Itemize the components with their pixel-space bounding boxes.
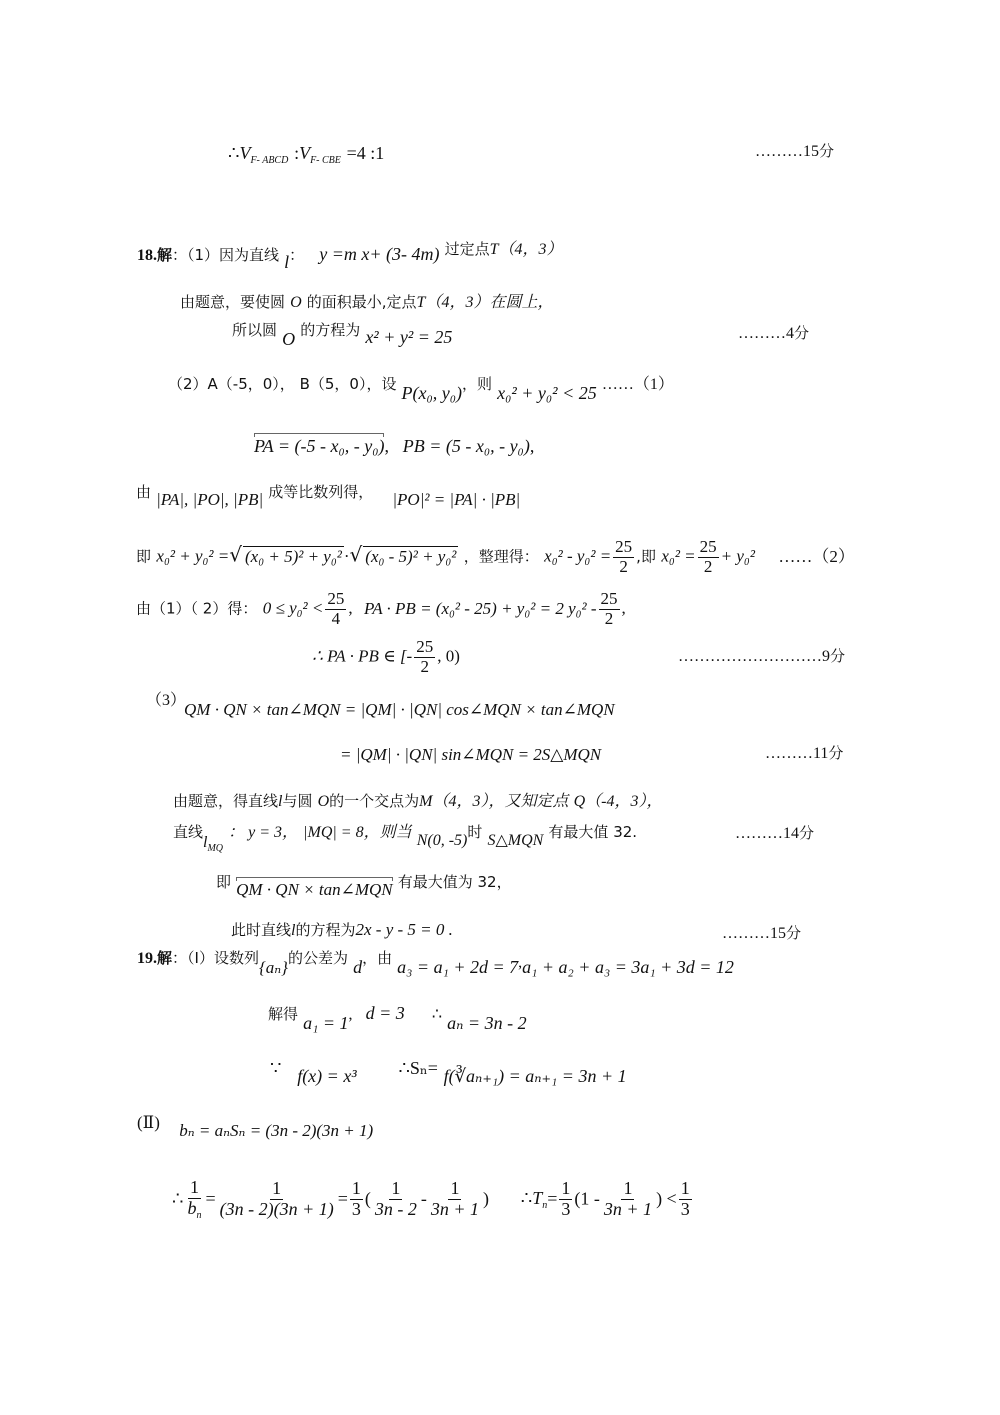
math-expr: d = 3 xyxy=(366,1003,405,1023)
q18-part2-sqrt-line: 即 x₀² + y₀² =√(x₀ + 5)² + y₀²·√(x₀ - 5)²… xyxy=(136,538,855,576)
score-value: ………11 xyxy=(765,745,828,762)
q18-part2-answer: ∴ PA · PB ∈ [-252, 0) xyxy=(312,638,460,676)
score-value: ………4 xyxy=(738,325,794,342)
math-expr: bₙ = aₙSₙ = (3n - 2)(3n + 1) xyxy=(179,1121,373,1140)
point-m: M（4，3），又知定点 xyxy=(419,793,568,810)
score-unit: 分 xyxy=(786,924,801,942)
q18-part3-max-line: 即 QM · QN × tan∠MQN 有最大值为 32， xyxy=(216,872,512,900)
q19-part1-solve: 解得 a₁ = 1, d = 3 ∴ aₙ = 3n - 2 xyxy=(268,1003,527,1035)
line-equation: y =m x+ (3- 4m) xyxy=(319,244,439,264)
math-expr: = |QM| · |QN| sin∠MQN = 2S△MQN xyxy=(340,745,601,764)
text: 有最大值为 32， xyxy=(398,873,512,891)
part-label: (Ⅱ) xyxy=(137,1113,160,1132)
score-unit: 分 xyxy=(799,824,814,842)
score-marker: ………14分 xyxy=(735,822,814,843)
text: 的一个交点为 xyxy=(329,792,419,810)
q19-part1-line1: 19.解：（Ⅰ）设数列{aₙ}的公差为 d，由 a₃ = a₁ + 2d = 7… xyxy=(137,948,734,979)
math-expr: ∴Sₙ= xyxy=(398,1058,437,1078)
volume-symbol: V xyxy=(239,143,250,163)
text: 由题意，要使圆 xyxy=(180,293,285,311)
question-number: 18. xyxy=(137,247,157,264)
subscript: F- CBE xyxy=(310,155,341,166)
fraction-num: 25 xyxy=(599,590,620,610)
point-n: N(0, -5) xyxy=(417,832,468,849)
therefore-symbol: ∴ xyxy=(228,143,239,163)
q18-part2-geometric: 由 |PA|, |PO|, |PB| 成等比数列得， |PO|² = |PA| … xyxy=(136,482,520,510)
equation-tag: ……（2） xyxy=(778,547,855,566)
text: ：（1）因为直线 xyxy=(172,246,279,264)
text: T（4，3）在圆上， xyxy=(417,294,554,311)
score-marker: ………11分 xyxy=(765,742,843,763)
part-label: （3） xyxy=(146,692,186,709)
q18-part2-range-line: 由（1）（ 2）得： 0 ≤ y₀² <254, PA · PB = (x₀² … xyxy=(136,590,626,628)
distance: |MQ| = 8，则当 xyxy=(303,824,411,841)
fraction-den: 2 xyxy=(702,558,715,577)
circle-name: O xyxy=(282,329,295,349)
math-expr: + y₀² xyxy=(721,547,755,566)
math-expr: a₁ + a₂ + a₃ = 3a₁ + 3d = 12 xyxy=(522,957,734,977)
fraction-num: 25 xyxy=(325,590,346,610)
math-expr: x₀² + y₀² = xyxy=(156,547,229,566)
vector-pa: PA = (-5 - x₀, - y₀) xyxy=(254,436,384,458)
sequence: {aₙ} xyxy=(259,958,288,977)
math-var: d xyxy=(353,957,362,977)
point-t: T（4，3） xyxy=(490,241,563,258)
text: ：（Ⅰ）设数列 xyxy=(172,949,259,967)
math-expr: x₀² = xyxy=(661,547,695,566)
q19-part2-label-line: (Ⅱ) bₙ = aₙSₙ = (3n - 2)(3n + 1) xyxy=(137,1113,373,1141)
circle-equation: x² + y² = 25 xyxy=(365,327,452,347)
q18-part1-line1: 18.解：（1）因为直线 l： y =m x+ (3- 4m) 过定点T（4，3… xyxy=(137,240,563,274)
math-expr: aₙ = 3n - 2 xyxy=(447,1013,526,1033)
vector-pb: PB = (5 - x₀, - y₀) xyxy=(403,436,530,456)
fraction-den: 2 xyxy=(617,558,630,577)
text: 与圆 xyxy=(282,792,312,810)
math-expr: a₁ = 1 xyxy=(303,1013,348,1033)
math-expr: a₃ = a₁ + 2d = 7 xyxy=(397,957,518,977)
q18-part3-line-b: 直线lMQ ： y = 3， |MQ| = 8，则当 N(0, -5)时 S△M… xyxy=(173,822,637,855)
question-number: 19. xyxy=(137,950,157,967)
fraction-den: 2 xyxy=(418,658,431,677)
text: 此时直线 xyxy=(231,921,291,939)
math-expr: QM · QN × tan∠MQN = |QM| · |QN| cos∠MQN … xyxy=(184,700,615,719)
math-expr: 0 ≤ y₀² < xyxy=(263,599,324,618)
text: 由 xyxy=(136,483,151,501)
q18-part2-vectors: PA = (-5 - x₀, - y₀), PB = (5 - x₀, - y₀… xyxy=(254,436,534,458)
score-unit: 分 xyxy=(819,142,834,160)
equation-tag: ……（1） xyxy=(602,376,674,393)
q18-part3-final: 此时直线l的方程为2x - y - 5 = 0 . xyxy=(231,920,453,940)
score-marker: ………15分 xyxy=(755,140,834,161)
line-equation: ： y = 3， xyxy=(228,824,298,841)
text: 由题意，得直线 xyxy=(173,792,278,810)
score-value: ………………………9 xyxy=(678,648,830,665)
fraction-num: 25 xyxy=(414,638,435,658)
q18-part3-line-a: 由题意，得直线l与圆 O的一个交点为M（4，3），又知定点 Q（-4，3）， xyxy=(173,791,662,811)
math-expr: , 0) xyxy=(437,647,460,666)
solution-label: 解 xyxy=(157,246,172,264)
score-value: ………14 xyxy=(735,825,799,842)
text: 直线 xyxy=(173,823,203,841)
score-marker: ………………………9分 xyxy=(678,645,845,666)
geometric-equation: |PO|² = |PA| · |PB| xyxy=(392,490,520,509)
text: ，由 xyxy=(362,949,392,967)
sqrt-term: (x₀ - 5)² + y₀² xyxy=(363,546,458,567)
sqrt-term: (x₀ + 5)² + y₀² xyxy=(243,546,344,567)
q18-part2-line1: （2）A（-5，0）， B（5，0），设 P(x₀, y₀)，则 x₀² + y… xyxy=(168,374,674,405)
q18-part3-label: （3） xyxy=(146,690,186,710)
text: 成等比数列得， xyxy=(268,483,373,501)
score-value: ………15 xyxy=(755,143,819,160)
score-unit: 分 xyxy=(794,324,809,342)
text: 的方程为 xyxy=(300,321,360,339)
score-value: ………15 xyxy=(722,925,786,942)
circle-name: O xyxy=(290,294,302,311)
math-expr: f(∛aₙ₊₁) = aₙ₊₁ = 3n + 1 xyxy=(444,1066,627,1086)
text: 的公差为 xyxy=(288,949,348,967)
ratio-value: =4 :1 xyxy=(347,143,385,163)
volume-symbol: V xyxy=(299,143,310,163)
line-equation: 2x - y - 5 = 0 . xyxy=(355,920,452,939)
text: 由（1）（ 2）得： xyxy=(136,600,257,618)
score-marker: ………4分 xyxy=(738,322,809,343)
text: 所以圆 xyxy=(232,321,277,339)
q19-part2-recip: ∴1bn=1(3n - 2)(3n + 1)=13(13n - 2-13n + … xyxy=(172,1178,694,1221)
text: 过定点 xyxy=(445,240,490,258)
fraction-den: 4 xyxy=(330,610,343,629)
text: 有最大值 32. xyxy=(548,823,637,841)
text: 的方程为 xyxy=(295,921,355,939)
math-expr: ∴ PA · PB ∈ [- xyxy=(312,647,412,666)
text: ，则 xyxy=(462,375,492,393)
q18-part3-eq1: QM · QN × tan∠MQN = |QM| · |QN| cos∠MQN … xyxy=(184,700,615,720)
q19-part1-fx: ∵ f(x) = x³ ∴Sₙ= f(∛aₙ₊₁) = aₙ₊₁ = 3n + … xyxy=(270,1058,627,1088)
text: 即 xyxy=(136,548,151,566)
volume-ratio-line: ∴VF- ABCD :VF- CBE =4 :1 xyxy=(228,143,384,167)
because-symbol: ∵ xyxy=(270,1058,281,1078)
function-def: f(x) = x³ xyxy=(297,1066,357,1086)
solution-label: 解 xyxy=(157,949,172,967)
math-expr: x₀² - y₀² = xyxy=(544,547,611,566)
fraction-num: 25 xyxy=(613,538,634,558)
text: ，整理得： xyxy=(464,548,539,566)
vector-expr: QM · QN × tan∠MQN xyxy=(236,880,393,900)
text: 的面积最小,定点 xyxy=(307,293,417,311)
math-expr: PA · PB = (x₀² - 25) + y₀² = 2 y₀² - xyxy=(364,599,597,618)
inequality: x₀² + y₀² < 25 xyxy=(497,383,597,403)
score-unit: 分 xyxy=(828,744,843,762)
text: 时 xyxy=(467,823,482,841)
fraction-den: 2 xyxy=(603,610,616,629)
score-marker: ………15分 xyxy=(722,922,801,943)
q18-part3-eq2: = |QM| · |QN| sin∠MQN = 2S△MQN xyxy=(340,745,601,765)
area: S△MQN xyxy=(487,832,543,849)
point-p: P(x₀, y₀) xyxy=(402,383,462,403)
q18-part1-line3: 所以圆 O 的方程为 x² + y² = 25 xyxy=(232,320,452,351)
subscript: F- ABCD xyxy=(250,155,288,166)
geometric-terms: |PA|, |PO|, |PB| xyxy=(156,490,263,509)
text: ： xyxy=(289,246,304,264)
text: （2）A（-5，0）， B（5，0），设 xyxy=(168,375,396,393)
score-unit: 分 xyxy=(830,647,845,665)
fraction-num: 25 xyxy=(698,538,719,558)
q18-part1-line2: 由题意，要使圆 O 的面积最小,定点T（4，3）在圆上， xyxy=(180,292,553,312)
text: 即 xyxy=(216,873,231,891)
text: ,即 xyxy=(636,548,656,566)
text: 解得 xyxy=(268,1005,298,1023)
point-q: Q（-4，3）， xyxy=(574,793,663,810)
